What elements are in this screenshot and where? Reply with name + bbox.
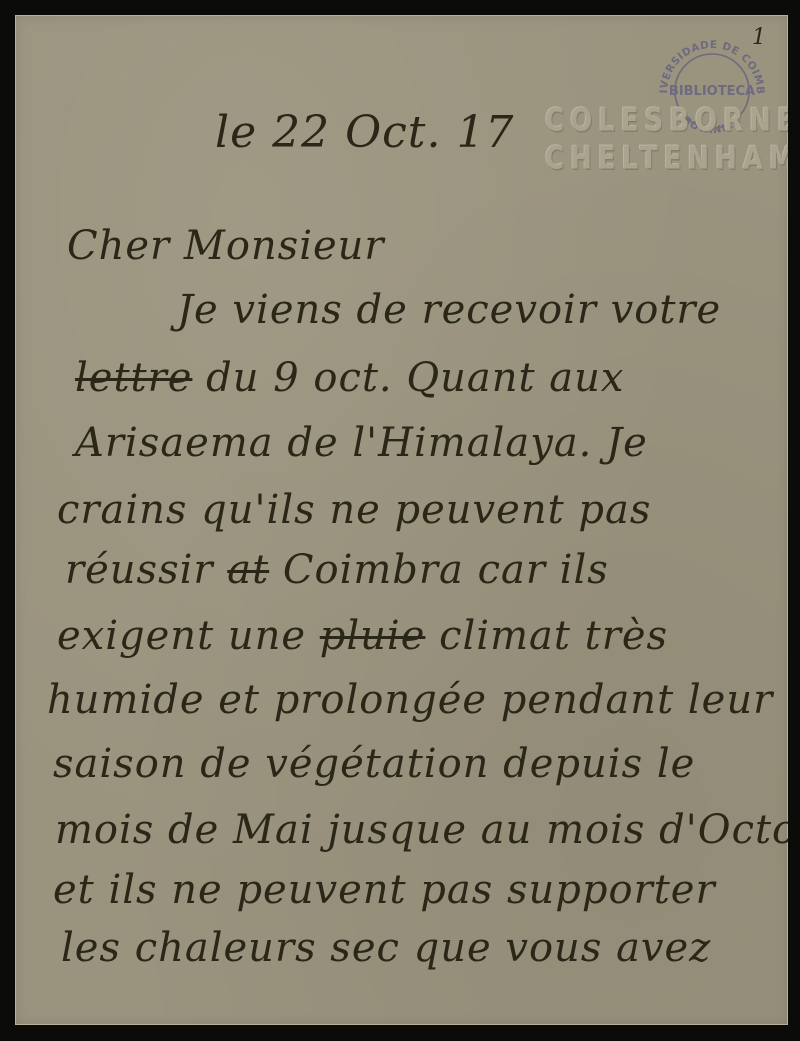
stamp-center-text: BIBLIOTECA <box>669 84 755 99</box>
embossed-watermark: · · · · · · · · · · · · · · · · · · · · … <box>55 15 344 116</box>
embossed-letterhead: COLESBORNE CHELTENHAM <box>545 103 788 171</box>
letter-line-8: saison de végétation depuis le <box>53 741 695 787</box>
letterhead-line-2: CHELTENHAM <box>545 141 788 177</box>
letter-line-9: mois de Mai jusque au mois d'Octobre <box>55 807 788 853</box>
letter-line-7: humide et prolongée pendant leur <box>47 677 773 723</box>
letterhead-line-1: COLESBORNE <box>545 103 788 139</box>
letter-line-2: lettre du 9 oct. Quant aux <box>75 355 624 401</box>
letter-line-11: les chaleurs sec que vous avez <box>61 925 711 971</box>
letter-line-3: Arisaema de l'Himalaya. Je <box>75 420 648 466</box>
letter-line-5: réussir at Coimbra car ils <box>65 547 609 593</box>
letter-line-1: Je viens de recevoir votre <box>177 287 721 333</box>
struck-word: pluie <box>320 613 426 659</box>
letter-date: le 22 Oct. 17 <box>215 107 514 158</box>
letter-page: · · · · · · · · · · · · · · · · · · · · … <box>15 15 788 1025</box>
letter-salutation: Cher Monsieur <box>67 223 385 269</box>
scan-background: · · · · · · · · · · · · · · · · · · · · … <box>0 0 800 1041</box>
letter-line-6: exigent une pluie climat très <box>57 613 668 659</box>
letter-line-4: crains qu'ils ne peuvent pas <box>57 487 651 533</box>
struck-word: lettre <box>75 355 192 401</box>
letter-line-10: et ils ne peuvent pas supporter <box>53 867 716 913</box>
struck-word: at <box>227 547 269 593</box>
